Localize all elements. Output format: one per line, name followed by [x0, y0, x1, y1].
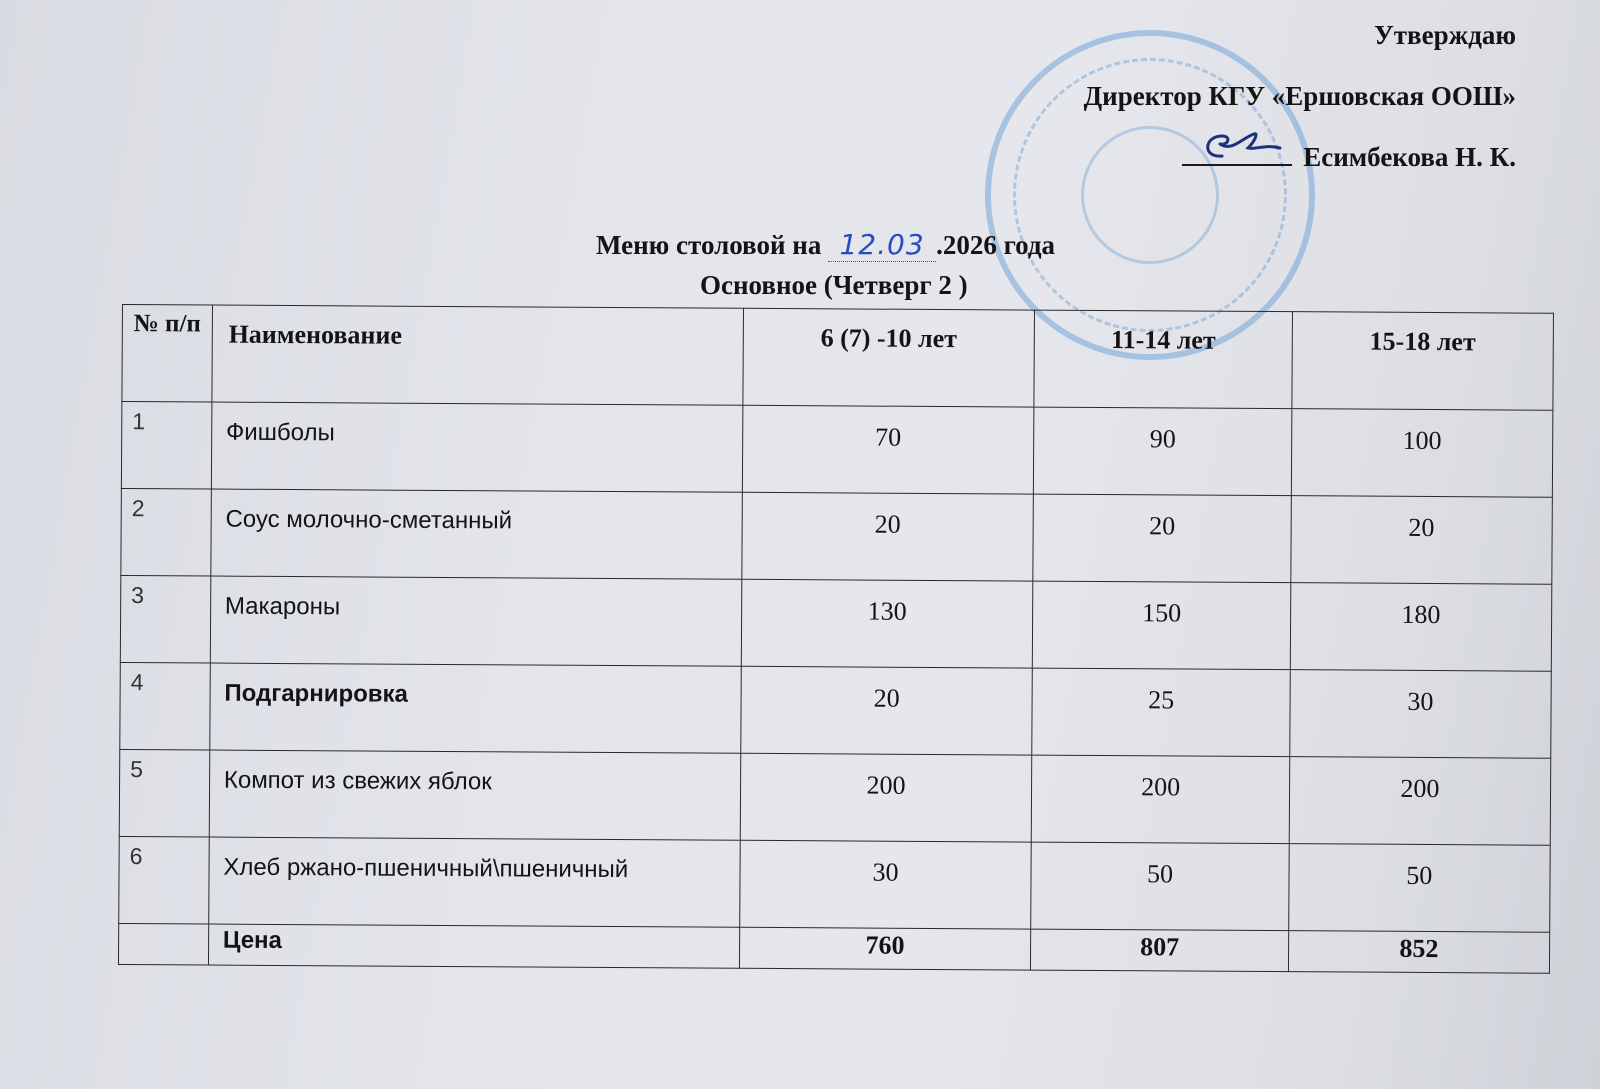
signatory-line: Есимбекова Н. К.	[1084, 144, 1516, 171]
price-age3: 852	[1288, 931, 1550, 974]
header-age-15-18: 15-18 лет	[1292, 312, 1554, 411]
row-number: 6	[119, 836, 209, 924]
row-number: 3	[120, 575, 210, 663]
director-position: Директор КГУ «Ершовская ООШ»	[1084, 83, 1516, 110]
total-label: Цена	[208, 924, 739, 968]
row-number: 2	[121, 488, 211, 576]
page-title: Меню столовой на 12.03.2026 года	[596, 228, 1055, 262]
portion-age2: 150	[1033, 581, 1291, 670]
handwritten-date: 12.03	[828, 228, 936, 262]
menu-table: № п/п Наименование 6 (7) -10 лет 11-14 л…	[118, 304, 1554, 974]
portion-age1: 200	[740, 753, 1032, 842]
row-number: 1	[121, 402, 211, 490]
table-row: 1 Фишболы 70 90 100	[121, 402, 1553, 498]
title-prefix: Меню столовой на	[596, 230, 821, 260]
table-header-row: № п/п Наименование 6 (7) -10 лет 11-14 л…	[122, 305, 1554, 411]
menu-subtitle: Основное (Четверг 2 )	[700, 270, 968, 301]
portion-age1: 70	[742, 405, 1034, 494]
row-number: 5	[119, 749, 209, 837]
table-row: 2 Соус молочно-сметанный 20 20 20	[121, 488, 1553, 584]
portion-age2: 50	[1031, 842, 1289, 931]
approval-block: Утверждаю Директор КГУ «Ершовская ООШ» Е…	[1084, 22, 1516, 205]
approve-label: Утверждаю	[1084, 22, 1516, 49]
price-age1: 760	[739, 927, 1031, 970]
table-row: 4 Подгарнировка 20 25 30	[120, 662, 1552, 758]
portion-age3: 30	[1289, 670, 1551, 759]
portion-age1: 20	[741, 492, 1033, 581]
header-age-11-14: 11-14 лет	[1034, 310, 1292, 409]
dish-name: Хлеб ржано-пшеничный\пшеничный	[209, 837, 740, 927]
header-number: № п/п	[122, 305, 212, 403]
signature-icon	[1192, 128, 1282, 162]
table-row: 5 Компот из свежих яблок 200 200 200	[119, 749, 1551, 845]
table-row: 3 Макароны 130 150 180	[120, 575, 1552, 671]
dish-name: Подгарнировка	[210, 663, 741, 753]
portion-age3: 180	[1290, 583, 1552, 672]
portion-age1: 20	[740, 666, 1032, 755]
header-name: Наименование	[212, 305, 743, 405]
portion-age3: 200	[1289, 757, 1551, 846]
row-number: 4	[120, 662, 210, 750]
header-age-6-10: 6 (7) -10 лет	[742, 308, 1034, 407]
dish-name: Соус молочно-сметанный	[211, 489, 742, 579]
table-row: 6 Хлеб ржано-пшеничный\пшеничный 30 50 5…	[119, 836, 1551, 932]
portion-age2: 20	[1033, 494, 1291, 583]
portion-age3: 50	[1288, 844, 1550, 933]
price-age2: 807	[1031, 929, 1288, 972]
portion-age2: 90	[1034, 407, 1292, 496]
portion-age1: 30	[739, 840, 1031, 929]
dish-name: Фишболы	[211, 402, 742, 492]
total-empty-cell	[118, 923, 208, 965]
dish-name: Компот из свежих яблок	[209, 750, 740, 840]
total-row: Цена 760 807 852	[118, 923, 1549, 973]
signature-line	[1182, 154, 1292, 166]
portion-age3: 20	[1290, 496, 1552, 585]
portion-age2: 200	[1032, 755, 1290, 844]
portion-age1: 130	[741, 579, 1033, 668]
portion-age3: 100	[1291, 409, 1553, 498]
portion-age2: 25	[1032, 668, 1290, 757]
dish-name: Макароны	[210, 576, 741, 666]
title-suffix: .2026 года	[936, 230, 1055, 260]
signatory-name: Есимбекова Н. К.	[1303, 142, 1516, 172]
